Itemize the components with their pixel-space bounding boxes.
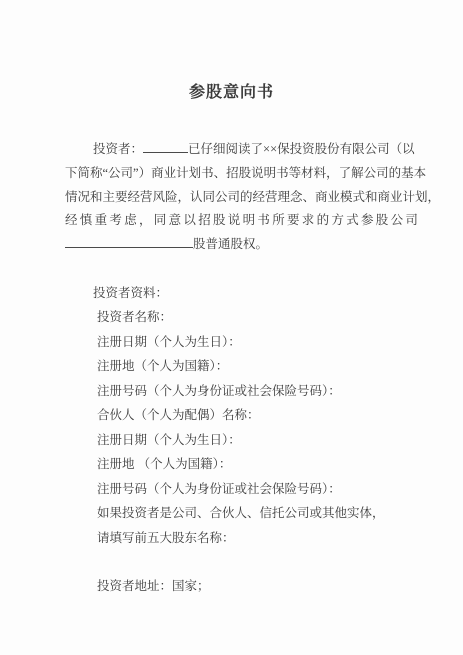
section-heading: 投资者资料：	[93, 281, 463, 306]
note-entity-investor: 如果投资者是公司、合伙人、信托公司或其他实体，	[97, 501, 463, 526]
field-partner-name: 合伙人（个人为配偶）名称：	[97, 403, 463, 428]
page-title: 参股意向书	[0, 0, 463, 102]
investor-info-section: 投资者资料： 投资者名称： 注册日期（个人为生日）： 注册地（个人为国籍）： 注…	[0, 281, 463, 551]
field-registration-place: 注册地（个人为国籍）：	[97, 354, 463, 379]
investor-name-blank-field	[143, 139, 188, 153]
intro-line-2: 下简称“公司”）商业计划书、招股说明书等材料，了解公司的基本	[65, 162, 405, 186]
intro-line-1-text: 已仔细阅读了××保投资股份有限公司（以	[188, 142, 415, 156]
field-partner-registration-place: 注册地 （个人为国籍）：	[97, 452, 463, 477]
field-investor-address: 投资者地址：国家；	[97, 574, 463, 599]
investor-label: 投资者：	[93, 142, 143, 156]
intro-line-1: 投资者：已仔细阅读了××保投资股份有限公司（以	[65, 138, 405, 162]
field-investor-name: 投资者名称：	[97, 305, 463, 330]
field-partner-registration-date: 注册日期（个人为生日）：	[97, 428, 463, 453]
intro-line-4: 经慎重考虑，同意以招股说明书所要求的方式参股公司	[65, 209, 405, 233]
share-count-blank-field	[65, 234, 193, 248]
field-registration-number: 注册号码（个人为身份证或社会保险号码）：	[97, 379, 463, 404]
field-registration-date: 注册日期（个人为生日）：	[97, 330, 463, 355]
intro-line-5-text: 股普通股权。	[193, 237, 268, 251]
field-partner-registration-number: 注册号码（个人为身份证或社会保险号码）：	[97, 477, 463, 502]
intro-line-5: 股普通股权。	[65, 233, 405, 257]
field-top-five-shareholders: 请填写前五大股东名称：	[97, 526, 463, 551]
document-page: 参股意向书 投资者：已仔细阅读了××保投资股份有限公司（以 下简称“公司”）商业…	[0, 0, 463, 655]
intro-paragraph: 投资者：已仔细阅读了××保投资股份有限公司（以 下简称“公司”）商业计划书、招股…	[65, 138, 405, 257]
intro-line-3: 情况和主要经营风险，认同公司的经营理念、商业模式和商业计划，	[65, 186, 405, 210]
